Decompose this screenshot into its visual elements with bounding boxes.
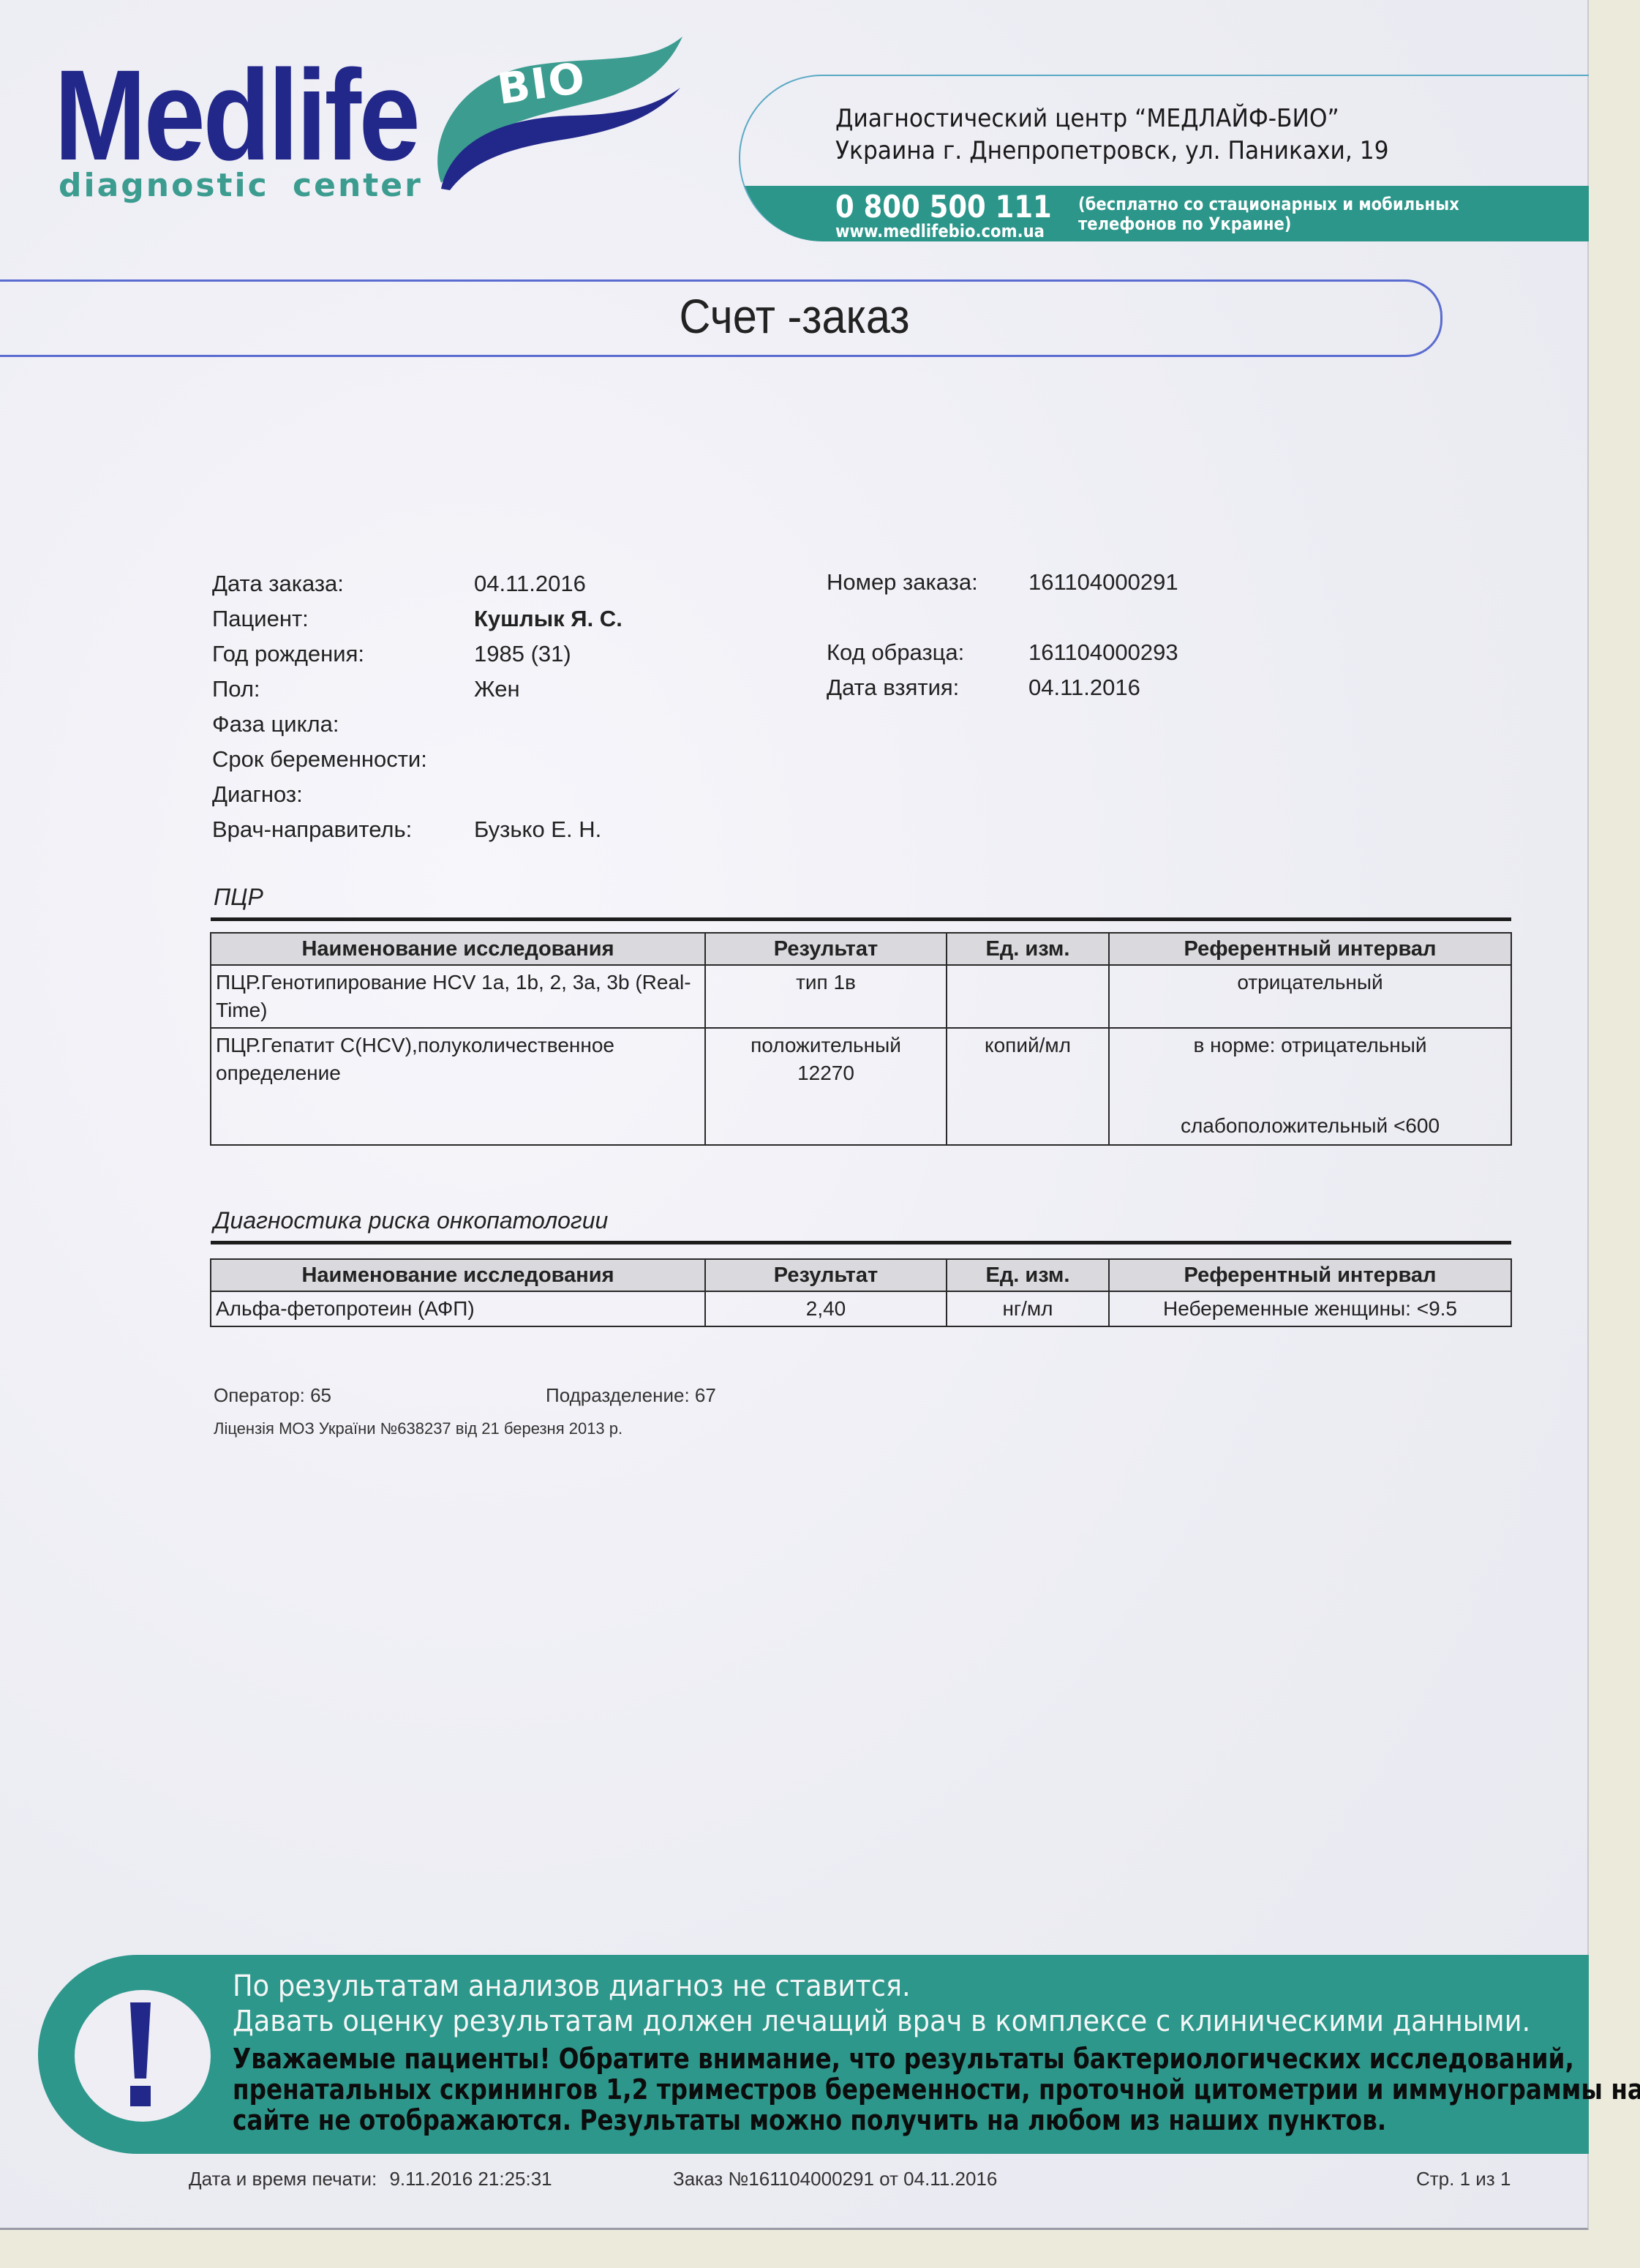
sex-value: Жен: [474, 676, 520, 702]
notice-line: Давать оценку результатам должен лечащий…: [233, 2005, 1530, 2038]
referring-doctor-value: Бузько Е. Н.: [474, 816, 601, 843]
test-unit: копий/мл: [947, 1028, 1109, 1145]
patient-label: Пациент:: [212, 606, 309, 632]
order-number-label: Номер заказа:: [827, 569, 978, 596]
patient-value: Кушлык Я. С.: [474, 606, 622, 632]
table-row: ПЦР.Гепатит С(HCV),полуколичественное оп…: [211, 1028, 1511, 1145]
center-name: Диагностический центр “МЕДЛАЙФ-БИО”: [835, 104, 1339, 133]
test-name: Альфа-фетопротеин (АФП): [211, 1291, 705, 1326]
col-header-name: Наименование исследования: [211, 1259, 705, 1291]
contact-block: Диагностический центр “МЕДЛАЙФ-БИО” Укра…: [739, 75, 1589, 241]
page-number: Стр. 1 из 1: [1416, 2168, 1511, 2190]
sample-code-label: Код образца:: [827, 639, 964, 666]
test-result: положительный 12270: [705, 1028, 947, 1145]
oncology-results-table: Наименование исследования Результат Ед. …: [210, 1258, 1512, 1327]
operator-id: Оператор: 65: [214, 1384, 331, 1407]
section-divider: [211, 1241, 1511, 1244]
license-note: Ліцензія МОЗ України №638237 від 21 бере…: [214, 1419, 622, 1438]
logo-brand: Medlife: [54, 51, 418, 180]
col-header-reference: Референтный интервал: [1109, 933, 1511, 965]
col-header-reference: Референтный интервал: [1109, 1259, 1511, 1291]
order-number-value: 161104000291: [1028, 569, 1178, 596]
col-header-unit: Ед. изм.: [947, 933, 1109, 965]
table-header-row: Наименование исследования Результат Ед. …: [211, 933, 1511, 965]
department-id: Подразделение: 67: [546, 1384, 716, 1407]
test-name-text: ПЦР.Гепатит С(HCV),полуколичественное оп…: [216, 1034, 614, 1084]
logo-subtitle: diagnostic center: [59, 167, 423, 204]
notice-line: сайте не отображаются. Результаты можно …: [233, 2104, 1386, 2136]
test-reference-extra: слабоположительный <600: [1114, 1112, 1506, 1140]
birth-year-value: 1985 (31): [474, 641, 571, 667]
pcr-results-table: Наименование исследования Результат Ед. …: [210, 932, 1512, 1146]
birth-year-label: Год рождения:: [212, 641, 364, 667]
sex-label: Пол:: [212, 676, 260, 702]
test-unit: нг/мл: [947, 1291, 1109, 1326]
notice-line: По результатам анализов диагноз не стави…: [233, 1970, 911, 2003]
hotline-phone: 0 800 500 111: [835, 189, 1052, 225]
center-address: Украина г. Днепропетровск, ул. Паникахи,…: [835, 136, 1389, 165]
table-row: Альфа-фетопротеин (АФП) 2,40 нг/мл Небер…: [211, 1291, 1511, 1326]
section-divider: [211, 917, 1511, 921]
order-reference: Заказ №161104000291 от 04.11.2016: [673, 2168, 997, 2190]
test-result: 2,40: [705, 1291, 947, 1326]
pregnancy-term-label: Срок беременности:: [212, 746, 427, 773]
notice-line: пренатальных скринингов 1,2 триместров б…: [233, 2073, 1640, 2106]
print-datetime-value: 9.11.2016 21:25:31: [389, 2168, 552, 2190]
order-date-value: 04.11.2016: [474, 571, 586, 597]
referring-doctor-label: Врач-направитель:: [212, 816, 412, 843]
test-reference-text: в норме: отрицательный: [1114, 1032, 1506, 1059]
section-title-pcr: ПЦР: [214, 884, 263, 911]
cycle-phase-label: Фаза цикла:: [212, 711, 339, 737]
col-header-result: Результат: [705, 933, 947, 965]
diagnosis-label: Диагноз:: [212, 781, 303, 808]
test-result: тип 1в: [705, 965, 947, 1028]
phone-note: (бесплатно со стационарных и мобильных т…: [1078, 195, 1464, 234]
exclamation-icon: [129, 2002, 152, 2106]
page-title: Счет -заказ: [80, 288, 1510, 344]
col-header-unit: Ед. изм.: [947, 1259, 1109, 1291]
test-result-value: 12270: [710, 1059, 941, 1087]
col-header-result: Результат: [705, 1259, 947, 1291]
print-datetime-label: Дата и время печати:: [189, 2168, 377, 2190]
col-header-name: Наименование исследования: [211, 933, 705, 965]
collection-date-label: Дата взятия:: [827, 675, 959, 701]
test-reference: Небеременные женщины: <9.5: [1109, 1291, 1511, 1326]
order-date-label: Дата заказа:: [212, 571, 344, 597]
test-reference: отрицательный: [1109, 965, 1511, 1028]
test-result-text: положительный: [710, 1032, 941, 1059]
sample-code-value: 161104000293: [1028, 639, 1178, 666]
test-name: ПЦР.Генотипирование HCV 1a, 1b, 2, 3a, 3…: [211, 965, 705, 1028]
print-datetime: Дата и время печати: 9.11.2016 21:25:31: [189, 2168, 552, 2190]
phone-note-line: телефонов по Украине): [1078, 214, 1464, 234]
test-name: ПЦР.Гепатит С(HCV),полуколичественное оп…: [211, 1028, 705, 1145]
website-link[interactable]: www.medlifebio.com.ua: [835, 221, 1045, 241]
table-header-row: Наименование исследования Результат Ед. …: [211, 1259, 1511, 1291]
test-reference: в норме: отрицательный слабоположительны…: [1109, 1028, 1511, 1145]
notice-line: Уважаемые пациенты! Обратите внимание, ч…: [233, 2043, 1574, 2075]
collection-date-value: 04.11.2016: [1028, 675, 1140, 701]
phone-note-line: (бесплатно со стационарных и мобильных: [1078, 195, 1464, 214]
table-row: ПЦР.Генотипирование HCV 1a, 1b, 2, 3a, 3…: [211, 965, 1511, 1028]
test-unit: [947, 965, 1109, 1028]
section-title-oncology: Диагностика риска онкопатологии: [214, 1207, 608, 1234]
